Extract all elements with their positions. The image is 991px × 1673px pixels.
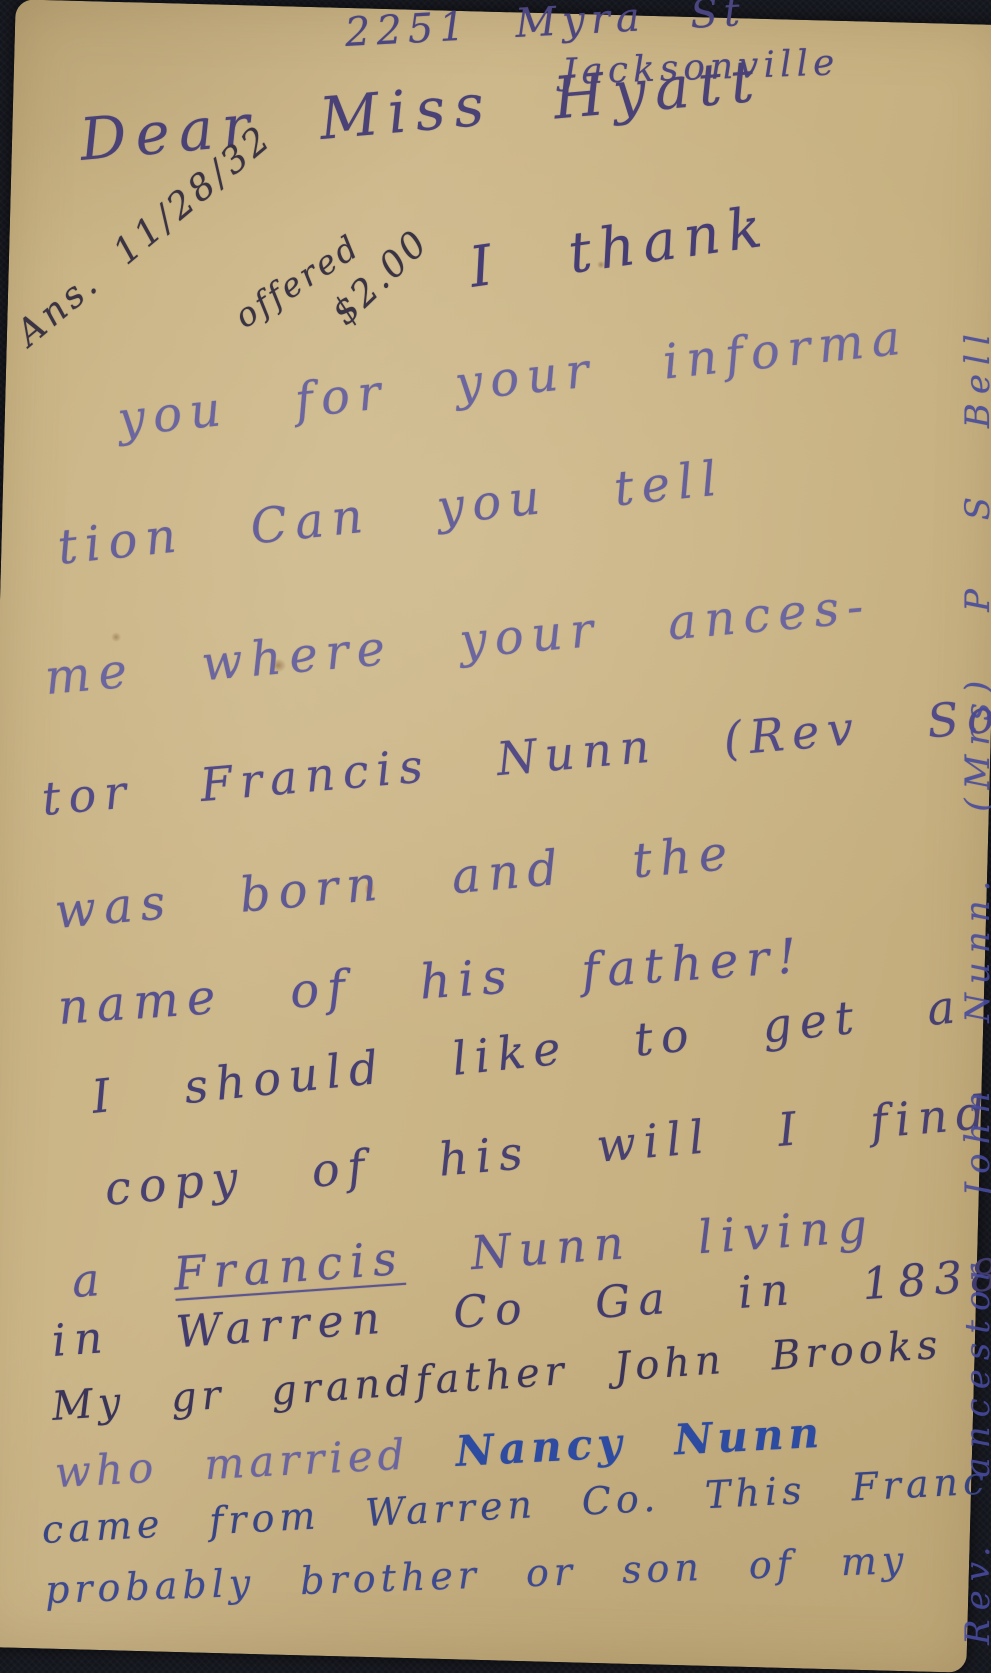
body-text: a (70, 1247, 176, 1308)
paper-stain (111, 632, 121, 642)
letter-scan: 2251 Myra St Jacksonville Dear Miss Hyat… (0, 0, 991, 1673)
margin-note-vertical: Rev. ancestor John Nunn. (Mrs) P S Bell (958, 325, 991, 1645)
